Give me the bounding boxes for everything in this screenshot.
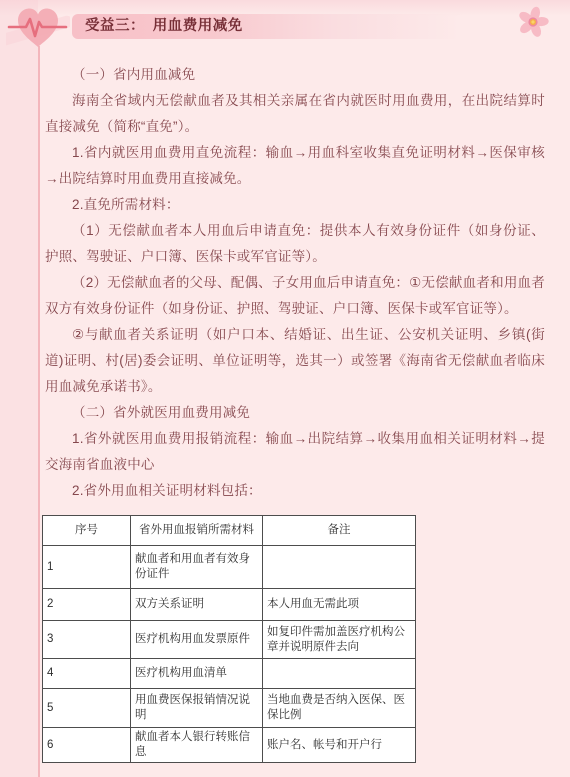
section-banner: 受益三： 用血费用减免: [72, 14, 474, 39]
materials-table: 序号 省外用血报销所需材料 备注 1 献血者和用血者有效身份证件 2 双方关系证…: [42, 515, 416, 763]
cell-note: [263, 659, 416, 689]
paragraph-heading-2: （二）省外就医用血费用减免: [45, 400, 545, 426]
col-header-material: 省外用血报销所需材料: [131, 516, 263, 546]
page: 受益三： 用血费用减免 （一）省内用血减免 海南全省域内无偿献血者及其相关亲属在…: [0, 0, 570, 777]
cell-note: 账户名、帐号和开户行: [263, 728, 416, 763]
cell-no: 1: [43, 546, 131, 589]
cell-material: 献血者和用血者有效身份证件: [131, 546, 263, 589]
cell-no: 4: [43, 659, 131, 689]
cell-material: 献血者本人银行转账信息: [131, 728, 263, 763]
table-header-row: 序号 省外用血报销所需材料 备注: [43, 516, 416, 546]
paragraph: 1.省外就医用血费用报销流程：输血→出院结算→收集用血相关证明材料→提交海南省血…: [45, 426, 545, 478]
heartbeat-icon: [6, 2, 70, 54]
cell-note: 如复印件需加盖医疗机构公 章并说明原件去向: [263, 621, 416, 659]
table-row: 6 献血者本人银行转账信息 账户名、帐号和开户行: [43, 728, 416, 763]
paragraph: （2）无偿献血者的父母、配偶、子女用血后申请直免：①无偿献血者和用血者双方有效身…: [45, 270, 545, 322]
cell-no: 6: [43, 728, 131, 763]
table-row: 5 用血费医保报销情况说明 当地血费是否纳入医保、医 保比例: [43, 689, 416, 728]
vertical-divider-line: [38, 46, 40, 777]
paragraph: 2.省外用血相关证明材料包括：: [45, 478, 545, 504]
cell-note: [263, 546, 416, 589]
left-margin-strip: [0, 0, 38, 777]
table-row: 3 医疗机构用血发票原件 如复印件需加盖医疗机构公 章并说明原件去向: [43, 621, 416, 659]
table-row: 4 医疗机构用血清单: [43, 659, 416, 689]
table-row: 1 献血者和用血者有效身份证件: [43, 546, 416, 589]
cell-material: 医疗机构用血发票原件: [131, 621, 263, 659]
cell-material: 医疗机构用血清单: [131, 659, 263, 689]
cell-note: 本人用血无需此项: [263, 589, 416, 621]
cell-no: 5: [43, 689, 131, 728]
cell-note: 当地血费是否纳入医保、医 保比例: [263, 689, 416, 728]
cell-material: 双方关系证明: [131, 589, 263, 621]
table-row: 2 双方关系证明 本人用血无需此项: [43, 589, 416, 621]
col-header-note: 备注: [263, 516, 416, 546]
paragraph: ②与献血者关系证明（如户口本、结婚证、出生证、公安机关证明、乡镇(街道)证明、村…: [45, 322, 545, 400]
section-banner-label: 受益三： 用血费用减免: [72, 14, 474, 39]
cell-no: 3: [43, 621, 131, 659]
cell-material: 用血费医保报销情况说明: [131, 689, 263, 728]
paragraph-heading-1: （一）省内用血减免: [45, 62, 545, 88]
paragraph: 1.省内就医用血费用直免流程：输血→用血科室收集直免证明材料→医保审核→出院结算…: [45, 140, 545, 192]
paragraph: 海南全省域内无偿献血者及其相关亲属在省内就医时用血费用，在出院结算时直接减免（简…: [45, 88, 545, 140]
paragraph: 2.直免所需材料：: [45, 192, 545, 218]
col-header-no: 序号: [43, 516, 131, 546]
flower-icon: [515, 4, 551, 40]
paragraph: （1）无偿献血者本人用血后申请直免：提供本人有效身份证件（如身份证、护照、驾驶证…: [45, 218, 545, 270]
article-body: （一）省内用血减免 海南全省域内无偿献血者及其相关亲属在省内就医时用血费用，在出…: [45, 62, 545, 504]
cell-no: 2: [43, 589, 131, 621]
